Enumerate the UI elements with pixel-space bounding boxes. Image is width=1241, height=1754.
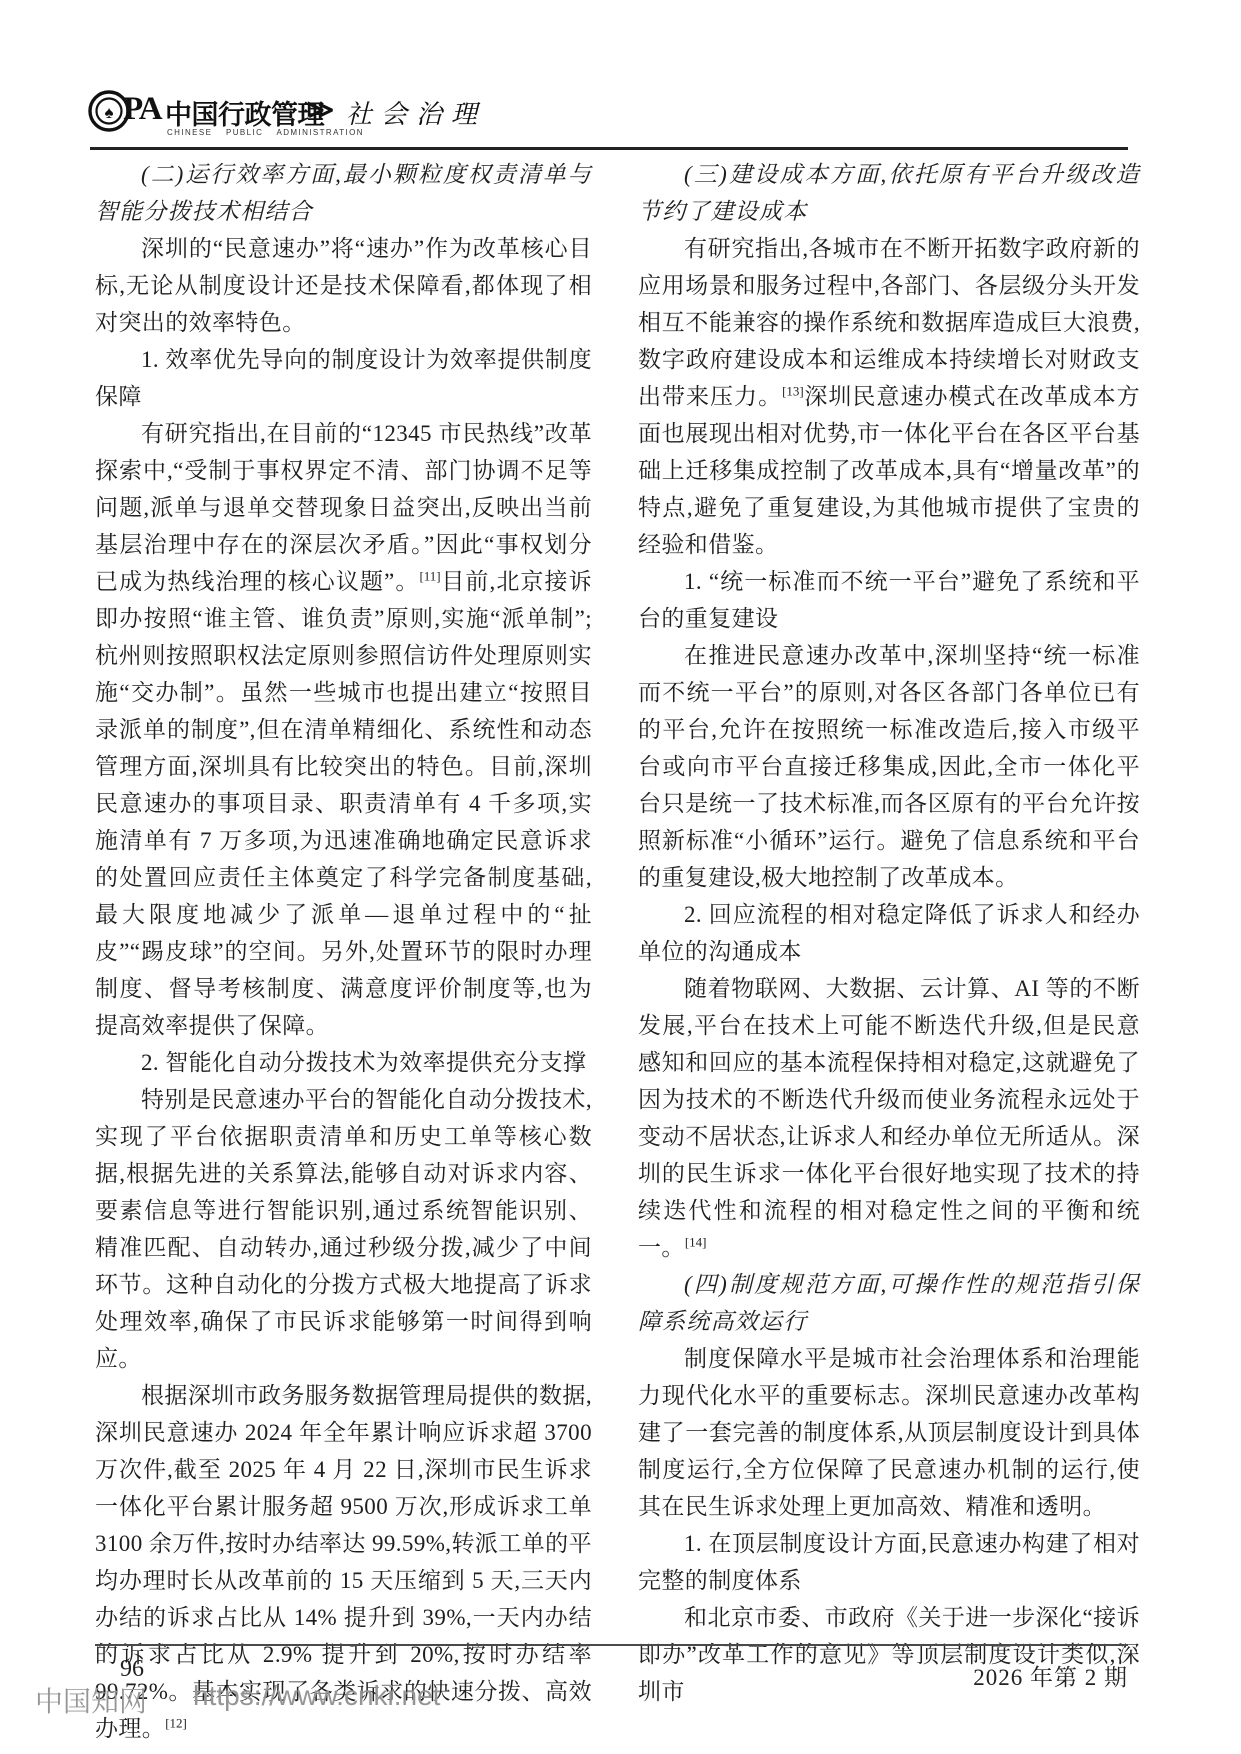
numbered-heading: 2. 智能化自动分拨技术为效率提供充分支撑 [95,1044,592,1081]
body-paragraph: 特别是民意速办平台的智能化自动分拨技术,实现了平台依据职责清单和历史工单等核心数… [95,1081,592,1377]
body-paragraph: 有研究指出,各城市在不断开拓数字政府新的应用场景和服务过程中,各部门、各层级分头… [638,230,1140,563]
footer-divider [95,1644,1128,1646]
body-paragraph: 在推进民意速办改革中,深圳坚持“统一标准而不统一平台”的原则,对各区各部门各单位… [638,637,1140,896]
body-paragraph: 制度保障水平是城市社会治理体系和治理能力现代化水平的重要标志。深圳民意速办改革构… [638,1340,1140,1525]
body-paragraph: 和北京市委、市政府《关于进一步深化“接诉即办”改革工作的意见》等顶层制度设计类似… [638,1599,1140,1710]
subsection-heading: (三)建设成本方面,依托原有平台升级改造节约了建设成本 [638,156,1140,230]
numbered-heading: 2. 回应流程的相对稳定降低了诉求人和经办单位的沟通成本 [638,896,1140,970]
article-body: (二)运行效率方面,最小颗粒度权责清单与智能分拨技术相结合深圳的“民意速办”将“… [95,156,1140,1747]
journal-logo-title: 中国行政管理 [165,93,324,132]
citation-ref: [13] [782,383,804,398]
subsection-heading: (四)制度规范方面,可操作性的规范指引保障系统高效运行 [638,1266,1140,1340]
citation-ref: [14] [685,1234,707,1249]
watermark: 中国知网 https://www.cnki.net [35,1680,440,1720]
section-arrow-icon: ≫ [308,95,334,125]
right-column: (三)建设成本方面,依托原有平台升级改造节约了建设成本有研究指出,各城市在不断开… [638,156,1140,1747]
citation-ref: [11] [419,568,440,583]
subsection-heading: (二)运行效率方面,最小颗粒度权责清单与智能分拨技术相结合 [95,156,592,230]
section-label: 社会治理 [346,94,486,131]
watermark-url: https://www.cnki.net [193,1680,440,1720]
issue-label: 2026 年第 2 期 [973,1659,1128,1692]
journal-logo-subtitle: CHINESE PUBLIC ADMINISTRATION [167,128,364,137]
body-paragraph: 有研究指出,在目前的“12345 市民热线”改革探索中,“受制于事权界定不清、部… [95,415,592,1044]
numbered-heading: 1. 效率优先导向的制度设计为效率提供制度保障 [95,341,592,415]
numbered-heading: 1. 在顶层制度设计方面,民意速办构建了相对完整的制度体系 [638,1525,1140,1599]
journal-page: ♠ PA 中国行政管理 CHINESE PUBLIC ADMINISTRATIO… [0,0,1241,1754]
left-column: (二)运行效率方面,最小颗粒度权责清单与智能分拨技术相结合深圳的“民意速办”将“… [95,156,592,1747]
numbered-heading: 1. “统一标准而不统一平台”避免了系统和平台的重复建设 [638,563,1140,637]
header-divider [90,147,1128,150]
watermark-brand: 中国知网 [35,1680,147,1720]
journal-logo-abbr: PA [123,91,161,128]
page-number: 96 [120,1656,144,1683]
svg-text:♠: ♠ [104,103,113,122]
body-paragraph: 随着物联网、大数据、云计算、AI 等的不断发展,平台在技术上可能不断迭代升级,但… [638,970,1140,1266]
body-paragraph: 深圳的“民意速办”将“速办”作为改革核心目标,无论从制度设计还是技术保障看,都体… [95,230,592,341]
